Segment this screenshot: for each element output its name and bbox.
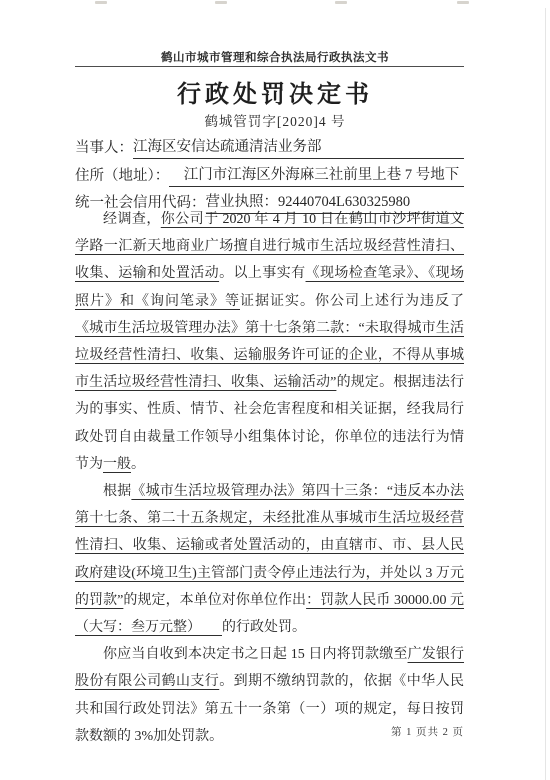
party-row: 当事人： 江海区安信达疏通清洁业务部 — [75, 132, 464, 159]
party-row: 住所（地址）： 江门市江海区外海麻三社前里上巷 7 号地下 — [75, 159, 464, 186]
text-run: 你应当自收到本决定书之日起 15 日内将罚款缴至 — [103, 647, 408, 662]
scan-artifact — [335, 1, 347, 4]
text-run: 的规定，本单位对你单位作出 — [123, 593, 306, 608]
document-number: 鹤城管罚字[2020]4 号 — [0, 110, 550, 130]
text-run: 证据证实。你公司上述行为违反了 — [240, 294, 464, 309]
text-run: 的行政处罚。 — [222, 620, 306, 635]
header-divider — [75, 66, 464, 67]
text-run: 。以上事实有 — [219, 266, 305, 281]
text-run: 根据 — [103, 484, 131, 499]
paragraph: 经调查，你公司于 2020 年 4 月 10 日在鹤山市沙坪街道义学路一汇新天地… — [75, 206, 464, 478]
scan-artifact — [95, 1, 107, 4]
document-title: 行政处罚决定书 — [0, 74, 550, 109]
document-body: 经调查，你公司于 2020 年 4 月 10 日在鹤山市沙坪街道义学路一汇新天地… — [75, 206, 464, 750]
address-value: 江门市江海区外海麻三社前里上巷 7 号地下 — [169, 163, 464, 187]
address-label: 住所（地址）： — [75, 164, 169, 187]
party-name-value: 江海区安信达疏通清洁业务部 — [133, 135, 464, 159]
agency-header-label: 鹤山市城市管理和综合执法局行政执法文书 — [0, 49, 550, 65]
party-label: 当事人： — [75, 136, 133, 159]
text-run: 。 — [131, 457, 145, 472]
scanned-document-page: 鹤山市城市管理和综合执法局行政执法文书 行政处罚决定书 鹤城管罚字[2020]4… — [0, 0, 550, 780]
scan-artifact — [215, 1, 227, 4]
party-info-block: 当事人： 江海区安信达疏通清洁业务部 住所（地址）： 江门市江海区外海麻三社前里… — [75, 132, 464, 214]
text-run: 经调查， — [103, 212, 161, 227]
paragraph: 根据《城市生活垃圾管理办法》第四十三条：“违反本办法第十七条、第二十五条规定，未… — [75, 478, 464, 641]
scan-artifact — [457, 1, 469, 4]
underlined-text-run: 《城市生活垃圾管理办法》第四十三条：“违反本办法第十七条、第二十五条规定，未经批… — [75, 484, 464, 608]
page-indicator: 第 1 页共 2 页 — [391, 724, 464, 739]
underlined-text-run: 一般 — [103, 457, 131, 472]
